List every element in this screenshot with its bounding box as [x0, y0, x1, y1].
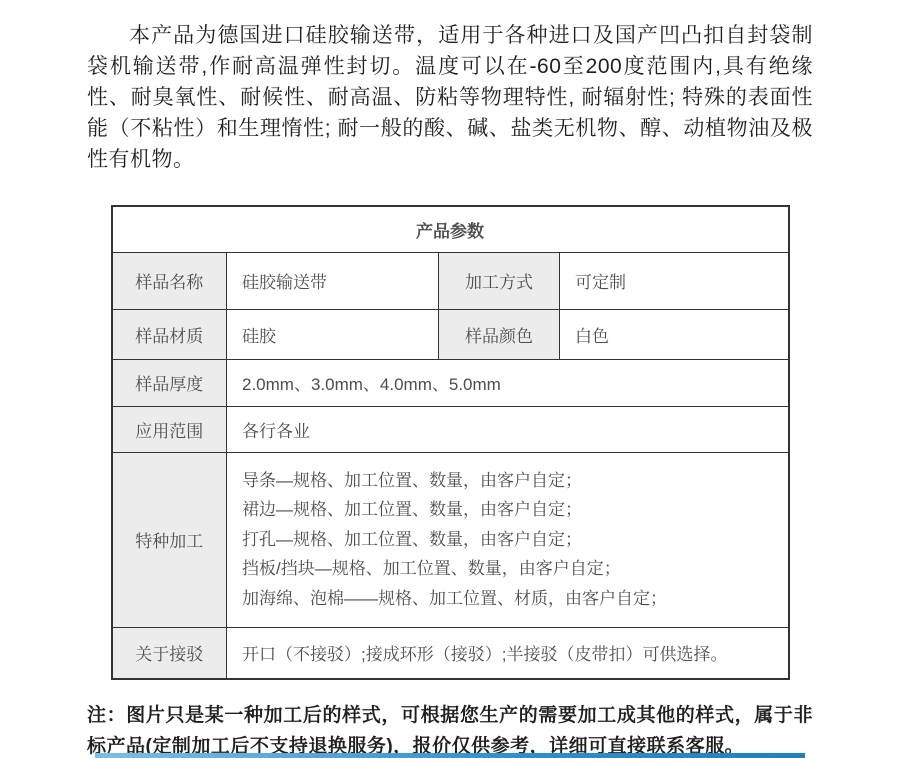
spec-label-color: 样品颜色	[439, 309, 560, 359]
spec-row-special-processing: 特种加工 导条—规格、加工位置、数量，由客户自定； 裙边—规格、加工位置、数量，…	[112, 452, 789, 627]
spec-value-sample-name: 硅胶输送带	[227, 252, 439, 309]
spec-value-splicing: 开口（不接驳）;接成环形（接驳）;半接驳（皮带扣）可供选择。	[227, 627, 789, 679]
spec-row-application: 应用范围 各行各业	[112, 406, 789, 452]
spec-label-special-processing: 特种加工	[112, 452, 227, 627]
spec-value-process-type: 可定制	[560, 252, 789, 309]
special-processing-line: 裙边—规格、加工位置、数量，由客户自定；	[242, 495, 788, 525]
spec-label-splicing: 关于接驳	[112, 627, 227, 679]
table-title: 产品参数	[112, 206, 789, 252]
spec-value-special-processing: 导条—规格、加工位置、数量，由客户自定； 裙边—规格、加工位置、数量，由客户自定…	[227, 452, 789, 627]
spec-label-sample-name: 样品名称	[112, 252, 227, 309]
spec-value-material: 硅胶	[227, 309, 439, 359]
spec-row-name-process: 样品名称 硅胶输送带 加工方式 可定制	[112, 252, 789, 309]
spec-value-application: 各行各业	[227, 406, 789, 452]
spec-value-color: 白色	[560, 309, 789, 359]
spec-row-splicing: 关于接驳 开口（不接驳）;接成环形（接驳）;半接驳（皮带扣）可供选择。	[112, 627, 789, 679]
special-processing-line: 导条—规格、加工位置、数量，由客户自定；	[242, 466, 788, 496]
special-processing-line: 挡板/挡块—规格、加工位置、数量，由客户自定；	[242, 554, 788, 584]
spec-row-thickness: 样品厚度 2.0mm、3.0mm、4.0mm、5.0mm	[112, 359, 789, 406]
product-params-table: 产品参数 样品名称 硅胶输送带 加工方式 可定制 样品材质 硅胶 样品颜色 白色…	[111, 205, 790, 680]
intro-paragraph: 本产品为德国进口硅胶输送带，适用于各种进口及国产凹凸扣自封袋制袋机输送带,作耐高…	[87, 0, 813, 175]
special-processing-line: 加海绵、泡棉——规格、加工位置、材质，由客户自定；	[242, 584, 788, 614]
spec-label-thickness: 样品厚度	[112, 359, 227, 406]
spec-row-material-color: 样品材质 硅胶 样品颜色 白色	[112, 309, 789, 359]
note-paragraph: 注：图片只是某一种加工后的样式，可根据您生产的需要加工成其他的样式，属于非标产品…	[87, 700, 813, 758]
bottom-accent-bar	[95, 753, 805, 758]
spec-label-material: 样品材质	[112, 309, 227, 359]
spec-label-application: 应用范围	[112, 406, 227, 452]
spec-value-thickness: 2.0mm、3.0mm、4.0mm、5.0mm	[227, 359, 789, 406]
table-title-row: 产品参数	[112, 206, 789, 252]
spec-label-process-type: 加工方式	[439, 252, 560, 309]
special-processing-line: 打孔—规格、加工位置、数量，由客户自定；	[242, 525, 788, 555]
